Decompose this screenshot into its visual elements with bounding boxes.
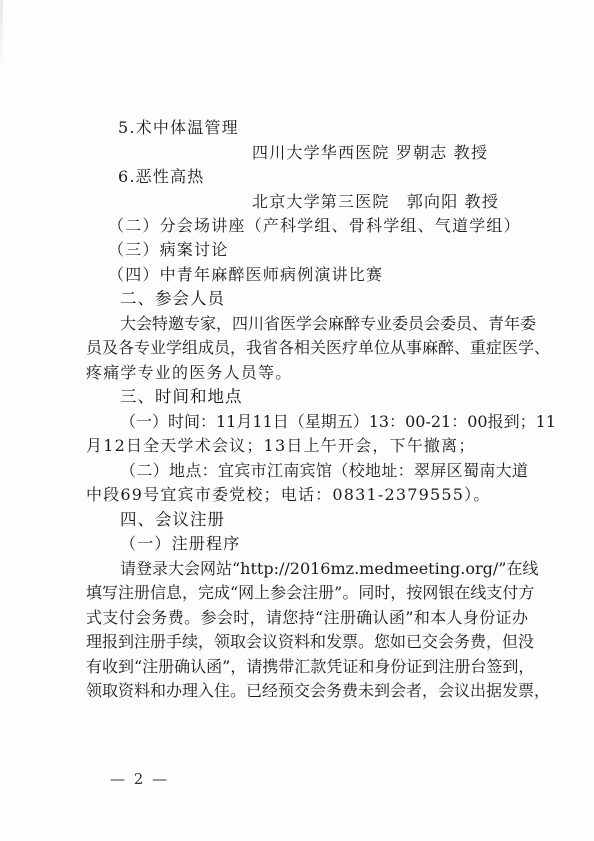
registration-line: 理报到注册手续，领取会议资料和发票。您如已交会务费，但没 — [86, 632, 528, 652]
registration-line: 领取资料和办理入住。已经预交会务费未到会者，会议出据发票， — [86, 681, 528, 701]
section-2-heading: 二、参会人员 — [120, 289, 225, 309]
registration-line: 填写注册信息，完成“网上参会注册”。同时，按网银在线支付方 — [86, 583, 528, 603]
registration-line: 式支付会务费。参会时，请您持“注册确认函”和本人身份证办 — [86, 608, 528, 628]
page-number: — 2 — — [110, 770, 169, 788]
registration-procedure-heading: （一）注册程序 — [120, 534, 240, 554]
section-2-line: 员及各专业学组成员，我省各相关医疗单位从事麻醉、重症医学、 — [86, 338, 528, 358]
lecture-6-title: 6.恶性高热 — [118, 167, 204, 187]
place-line: 中段69号宜宾市委党校；电话：0831-2379555）。 — [86, 485, 491, 505]
time-line: 月12日全天学术会议；13日上午开会，下午撤离； — [86, 436, 476, 456]
time-line: （一）时间：11月11日（星期五）13：00-21：00报到；11 — [86, 412, 528, 432]
section-3-heading: 三、时间和地点 — [120, 387, 243, 407]
document-page: 5.术中体温管理 四川大学华西医院 罗朝志 教授 6.恶性高热 北京大学第三医院… — [0, 0, 594, 841]
scan-edge — [0, 0, 3, 80]
section-2-line: 疼痛学专业的医务人员等。 — [86, 363, 292, 383]
section-2-line: 大会特邀专家，四川省医学会麻醉专业委员会委员、青年委 — [86, 314, 528, 334]
registration-line: 请登录大会网站“http://2016mz.medmeeting.org/”在线 — [86, 559, 528, 579]
lecture-6-speaker: 北京大学第三医院 郭向阳 教授 — [252, 192, 499, 212]
lecture-5-title: 5.术中体温管理 — [118, 118, 239, 138]
subsection-4: （四）中青年麻醉医师病例演讲比赛 — [108, 265, 383, 285]
lecture-5-speaker: 四川大学华西医院 罗朝志 教授 — [252, 143, 488, 163]
subsection-3: （三）病案讨论 — [108, 240, 228, 260]
place-line: （二）地点：宜宾市江南宾馆（校地址：翠屏区蜀南大道 — [86, 461, 528, 481]
registration-line: 有收到“注册确认函”，请携带汇款凭证和身份证到注册台签到， — [86, 657, 528, 677]
section-4-heading: 四、会议注册 — [120, 510, 225, 530]
subsection-2: （二）分会场讲座（产科学组、骨科学组、气道学组） — [108, 216, 521, 236]
